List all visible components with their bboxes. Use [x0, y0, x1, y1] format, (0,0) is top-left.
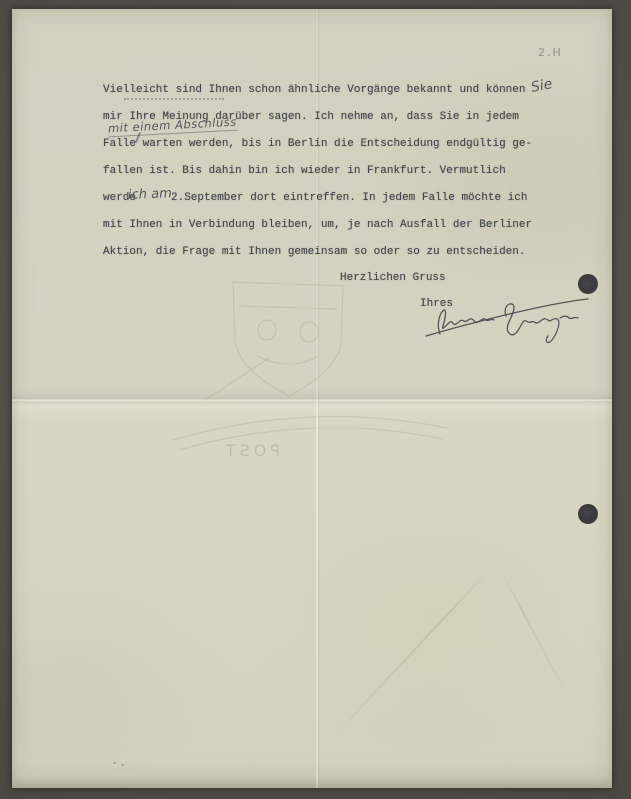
pencil-smudge: [113, 762, 116, 764]
banner-showthrough: POST: [165, 398, 455, 468]
horizontal-fold-line: [12, 398, 612, 402]
diagonal-crease-left: [333, 564, 495, 737]
diagonal-crease-right: [498, 567, 570, 700]
letter-line-6: mit Ihnen in Verbindung bleiben, um, je …: [103, 218, 532, 232]
pencil-dotted-underline: [124, 95, 224, 100]
hole-punch-top: [578, 274, 598, 294]
handwritten-sie: Sie: [530, 76, 554, 96]
letter-line-5-rest: 2.September dort eintreffen. In jedem Fa…: [171, 191, 527, 205]
signature-heinrich-simon: [420, 292, 592, 346]
letter-line-7: Aktion, die Frage mit Ihnen gemeinsam so…: [103, 245, 525, 259]
pencil-smudge: [121, 764, 124, 766]
hole-punch-bottom: [578, 504, 598, 524]
letter-line-3: Falle warten werden, bis in Berlin die E…: [103, 137, 532, 151]
vertical-fold-line: [316, 9, 318, 788]
scan-background: POST 2.H Vielleicht sind Ihnen schon ähn…: [0, 0, 631, 799]
letter-line-4: fallen ist. Bis dahin bin ich wieder in …: [103, 164, 506, 178]
closing-line: Herzlichen Gruss: [340, 271, 446, 285]
pencil-note: 2.H: [538, 46, 563, 59]
crest-showthrough: [205, 272, 370, 412]
letter-page: POST 2.H Vielleicht sind Ihnen schon ähn…: [12, 9, 612, 788]
handwritten-ich-am: ich am: [128, 186, 172, 203]
showthrough-post-text: POST: [222, 441, 280, 460]
